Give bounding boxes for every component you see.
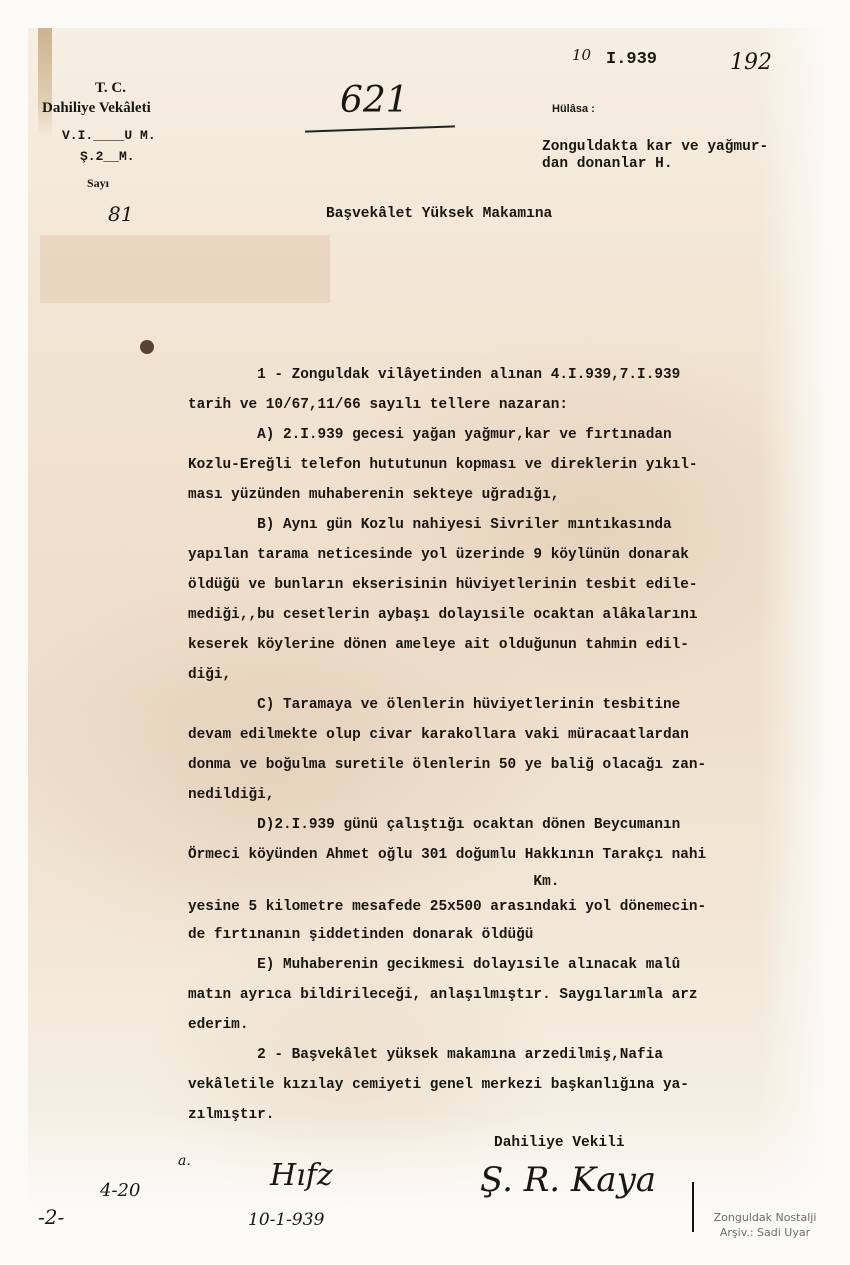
body-line: ması yüzünden muhaberenin sekteye uğradı… bbox=[188, 480, 828, 510]
corner-annotation: 192 bbox=[730, 50, 772, 75]
initial-date: 10-1-939 bbox=[248, 1210, 324, 1230]
body-line: 2 - Başvekâlet yüksek makamına arzedilmi… bbox=[188, 1040, 828, 1070]
body-line: nedildiği, bbox=[188, 780, 828, 810]
body-line: 1 - Zonguldak vilâyetinden alınan 4.I.93… bbox=[188, 360, 828, 390]
ink-stain bbox=[140, 340, 154, 354]
body-line: mediği,,bu cesetlerin aybaşı dolayısile … bbox=[188, 600, 828, 630]
margin-mark: a. bbox=[178, 1153, 191, 1169]
watermark-line-1: Zonguldak Nostalji bbox=[700, 1210, 830, 1225]
body-line: yapılan tarama neticesinde yol üzerinde … bbox=[188, 540, 828, 570]
summary-text: Zonguldakta kar ve yağmur- dan donanlar … bbox=[542, 139, 768, 173]
body-line: D)2.I.939 günü çalıştığı ocaktan dönen B… bbox=[188, 810, 828, 840]
body-line: keserek köylerine dönen ameleye ait oldu… bbox=[188, 630, 828, 660]
summary-line-1: Zonguldakta kar ve yağmur- bbox=[542, 139, 768, 155]
page-number: -2- bbox=[38, 1205, 64, 1229]
body-line: öldüğü ve bunların ekserisinin hüviyetle… bbox=[188, 570, 828, 600]
body-line: diği, bbox=[188, 660, 828, 690]
number-value: 81 bbox=[108, 202, 133, 226]
body-line: yesine 5 kilometre mesafede 25x500 arası… bbox=[188, 895, 828, 920]
file-number: 621 bbox=[340, 80, 409, 121]
body-line: donma ve boğulma suretile ölenlerin 50 y… bbox=[188, 750, 828, 780]
republic-abbreviation: T. C. bbox=[95, 80, 126, 97]
signature-stroke bbox=[692, 1182, 694, 1232]
date-month-year: I.939 bbox=[606, 50, 657, 69]
body-line: Kozlu-Ereğli telefon hututunun kopması v… bbox=[188, 450, 828, 480]
signer-title: Dahiliye Vekili bbox=[494, 1135, 625, 1151]
body-line: ederim. bbox=[188, 1010, 828, 1040]
body-line: C) Taramaya ve ölenlerin hüviyetlerinin … bbox=[188, 690, 828, 720]
body-line: B) Aynı gün Kozlu nahiyesi Sivriler mınt… bbox=[188, 510, 828, 540]
body-line: de fırtınanın şiddetinden donarak öldüğü bbox=[188, 920, 828, 950]
margin-note: 4-20 bbox=[100, 1180, 140, 1201]
body-line: E) Muhaberenin gecikmesi dolayısile alın… bbox=[188, 950, 828, 980]
body-line: tarih ve 10/67,11/66 sayılı tellere naza… bbox=[188, 390, 828, 420]
letter-body: 1 - Zonguldak vilâyetinden alınan 4.I.93… bbox=[188, 360, 828, 1130]
office-code-2: Ş.2__M. bbox=[80, 149, 135, 164]
summary-label: Hülâsa : bbox=[552, 103, 595, 115]
body-line: zılmıştır. bbox=[188, 1100, 828, 1130]
summary-line-2: dan donanlar H. bbox=[542, 156, 673, 172]
body-line: matın ayrıca bildirileceği, anlaşılmıştı… bbox=[188, 980, 828, 1010]
date-day: 10 bbox=[572, 46, 591, 64]
body-line: A) 2.I.939 gecesi yağan yağmur,kar ve fı… bbox=[188, 420, 828, 450]
ministry-name: Dahiliye Vekâleti bbox=[42, 100, 151, 117]
body-line: Örmeci köyünden Ahmet oğlu 301 doğumlu H… bbox=[188, 840, 828, 870]
signature: Ş. R. Kaya bbox=[480, 1160, 656, 1200]
watermark-line-2: Arşiv.: Sadi Uyar bbox=[700, 1225, 830, 1240]
office-code-1: V.I.____U M. bbox=[62, 128, 156, 143]
archive-watermark: Zonguldak Nostalji Arşiv.: Sadi Uyar bbox=[700, 1210, 830, 1240]
body-line: Km. bbox=[188, 870, 828, 895]
addressee: Başvekâlet Yüksek Makamına bbox=[326, 206, 552, 222]
body-line: vekâletile kızılay cemiyeti genel merkez… bbox=[188, 1070, 828, 1100]
body-line: devam edilmekte olup civar karakollara v… bbox=[188, 720, 828, 750]
initial-handwritten: Hıfz bbox=[270, 1158, 333, 1193]
number-label: Sayı bbox=[87, 176, 109, 191]
redacted-area bbox=[40, 235, 330, 303]
